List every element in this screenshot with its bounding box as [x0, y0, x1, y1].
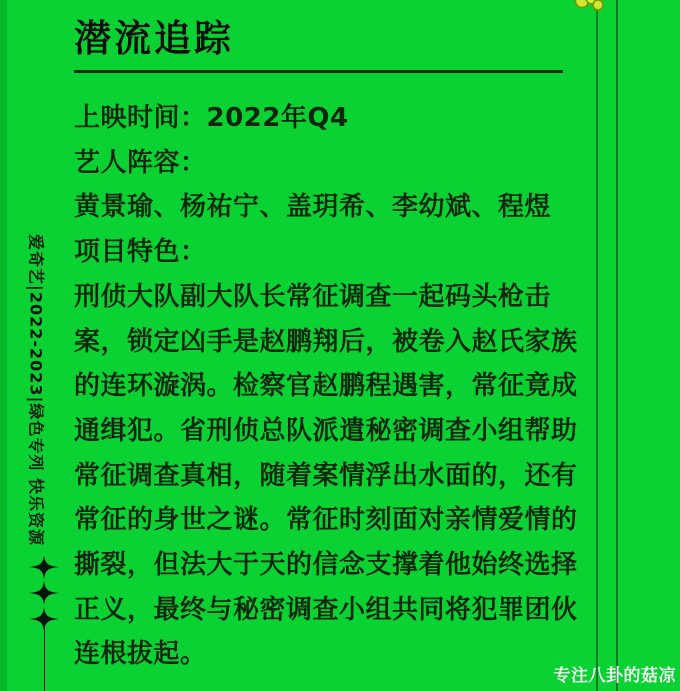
left-edge-shade — [0, 0, 7, 691]
star-tail-line — [44, 628, 46, 691]
title-underline — [74, 70, 563, 73]
promo-card: 潜流追踪 上映时间：2022年Q4 艺人阵容： 黄景瑜、杨祐宁、盖玥希、李幼斌、… — [0, 0, 680, 691]
project-description: 刑侦大队副大队长常征调查一起码头枪击 案，锁定凶手是赵鹏翔后，被卷入赵氏家族 的… — [74, 275, 596, 677]
clover-icon — [573, 0, 605, 14]
page-title: 潜流追踪 — [74, 8, 234, 62]
features-label: 项目特色： — [74, 230, 596, 275]
release-date-line: 上映时间：2022年Q4 — [74, 96, 596, 141]
content-block: 上映时间：2022年Q4 艺人阵容： 黄景瑜、杨祐宁、盖玥希、李幼斌、程煜 项目… — [74, 96, 596, 677]
sparkle-star-icon — [29, 581, 59, 605]
cast-names: 黄景瑜、杨祐宁、盖玥希、李幼斌、程煜 — [74, 185, 596, 230]
right-rule-line-1 — [596, 0, 598, 691]
watermark-text: 专注八卦的菇凉 — [554, 661, 677, 686]
sparkle-star-icon — [29, 555, 59, 579]
right-rule-line-2 — [616, 0, 618, 691]
sidebar-vertical-label: 爱奇艺|2022-2023|绿色专列 快乐资源 — [26, 234, 49, 546]
cast-label: 艺人阵容： — [74, 141, 596, 186]
